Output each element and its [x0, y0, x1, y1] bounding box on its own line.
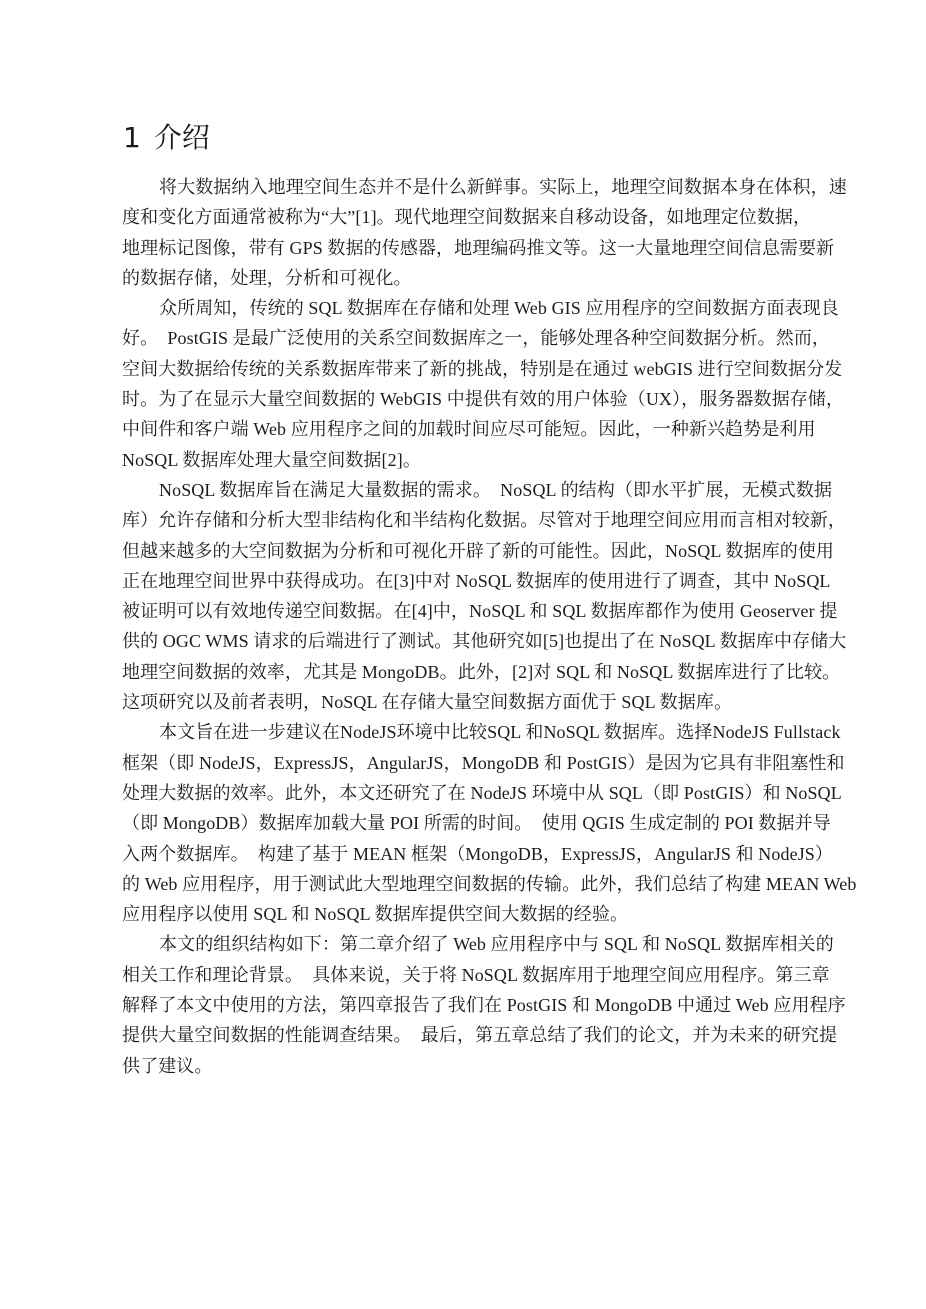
text-line: 被证明可以有效地传递空间数据。在[4]中，NoSQL 和 SQL 数据库都作为使… — [122, 596, 790, 626]
text-line: 时。为了在显示大量空间数据的 WebGIS 中提供有效的用户体验（UX），服务器… — [122, 384, 790, 414]
text-line: 地理空间数据的效率，尤其是 MongoDB。此外，[2]对 SQL 和 NoSQ… — [122, 657, 790, 687]
text-line: 解释了本文中使用的方法，第四章报告了我们在 PostGIS 和 MongoDB … — [122, 990, 790, 1020]
text-line: 供了建议。 — [122, 1051, 790, 1081]
paragraphs-container: 将大数据纳入地理空间生态并不是什么新鲜事。实际上，地理空间数据本身在体积，速度和… — [122, 172, 790, 1081]
text-line: （即 MongoDB）数据库加载大量 POI 所需的时间。 使用 QGIS 生成… — [122, 808, 790, 838]
text-line: 相关工作和理论背景。 具体来说，关于将 NoSQL 数据库用于地理空间应用程序。… — [122, 960, 790, 990]
section-number: 1 — [123, 118, 141, 158]
text-line: 空间大数据给传统的关系数据库带来了新的挑战，特别是在通过 webGIS 进行空间… — [122, 354, 790, 384]
text-line: 正在地理空间世界中获得成功。在[3]中对 NoSQL 数据库的使用进行了调查，其… — [122, 566, 790, 596]
text-line: 众所周知，传统的 SQL 数据库在存储和处理 Web GIS 应用程序的空间数据… — [122, 293, 790, 323]
text-line: 的 Web 应用程序，用于测试此大型地理空间数据的传输。此外，我们总结了构建 M… — [122, 869, 790, 899]
text-line: 中间件和客户端 Web 应用程序之间的加载时间应尽可能短。因此，一种新兴趋势是利… — [122, 414, 790, 444]
text-line: 提供大量空间数据的性能调查结果。 最后，第五章总结了我们的论文，并为未来的研究提 — [122, 1020, 790, 1050]
text-line: 本文的组织结构如下：第二章介绍了 Web 应用程序中与 SQL 和 NoSQL … — [122, 929, 790, 959]
text-line: 供的 OGC WMS 请求的后端进行了测试。其他研究如[5]也提出了在 NoSQ… — [122, 626, 790, 656]
text-line: 的数据存储，处理，分析和可视化。 — [122, 263, 790, 293]
text-line: 但越来越多的大空间数据为分析和可视化开辟了新的可能性。因此，NoSQL 数据库的… — [122, 536, 790, 566]
text-line: 入两个数据库。 构建了基于 MEAN 框架（MongoDB，ExpressJS，… — [122, 839, 790, 869]
text-line: 处理大数据的效率。此外，本文还研究了在 NodeJS 环境中从 SQL（即 Po… — [122, 778, 790, 808]
text-line: NoSQL 数据库旨在满足大量数据的需求。 NoSQL 的结构（即水平扩展，无模… — [122, 475, 790, 505]
text-line: 度和变化方面通常被称为“大”[1]。现代地理空间数据来自移动设备，如地理定位数据… — [122, 202, 790, 232]
section-title: 介绍 — [154, 121, 210, 154]
text-line: 库）允许存储和分析大型非结构化和半结构化数据。尽管对于地理空间应用而言相对较新， — [122, 505, 790, 535]
document-page: 1介绍 将大数据纳入地理空间生态并不是什么新鲜事。实际上，地理空间数据本身在体积… — [0, 0, 926, 1309]
text-line: 应用程序以使用 SQL 和 NoSQL 数据库提供空间大数据的经验。 — [122, 899, 790, 929]
text-line: NoSQL 数据库处理大量空间数据[2]。 — [122, 445, 790, 475]
text-line: 将大数据纳入地理空间生态并不是什么新鲜事。实际上，地理空间数据本身在体积，速 — [122, 172, 790, 202]
text-line: 地理标记图像，带有 GPS 数据的传感器，地理编码推文等。这一大量地理空间信息需… — [122, 233, 790, 263]
page-content: 1介绍 将大数据纳入地理空间生态并不是什么新鲜事。实际上，地理空间数据本身在体积… — [122, 118, 790, 1081]
text-line: 好。 PostGIS 是最广泛使用的关系空间数据库之一，能够处理各种空间数据分析… — [122, 323, 790, 353]
text-line: 这项研究以及前者表明，NoSQL 在存储大量空间数据方面优于 SQL 数据库。 — [122, 687, 790, 717]
text-line: 框架（即 NodeJS，ExpressJS，AngularJS，MongoDB … — [122, 748, 790, 778]
section-heading: 1介绍 — [123, 118, 790, 158]
text-line: 本文旨在进一步建议在NodeJS环境中比较SQL 和NoSQL 数据库。选择No… — [122, 717, 790, 747]
